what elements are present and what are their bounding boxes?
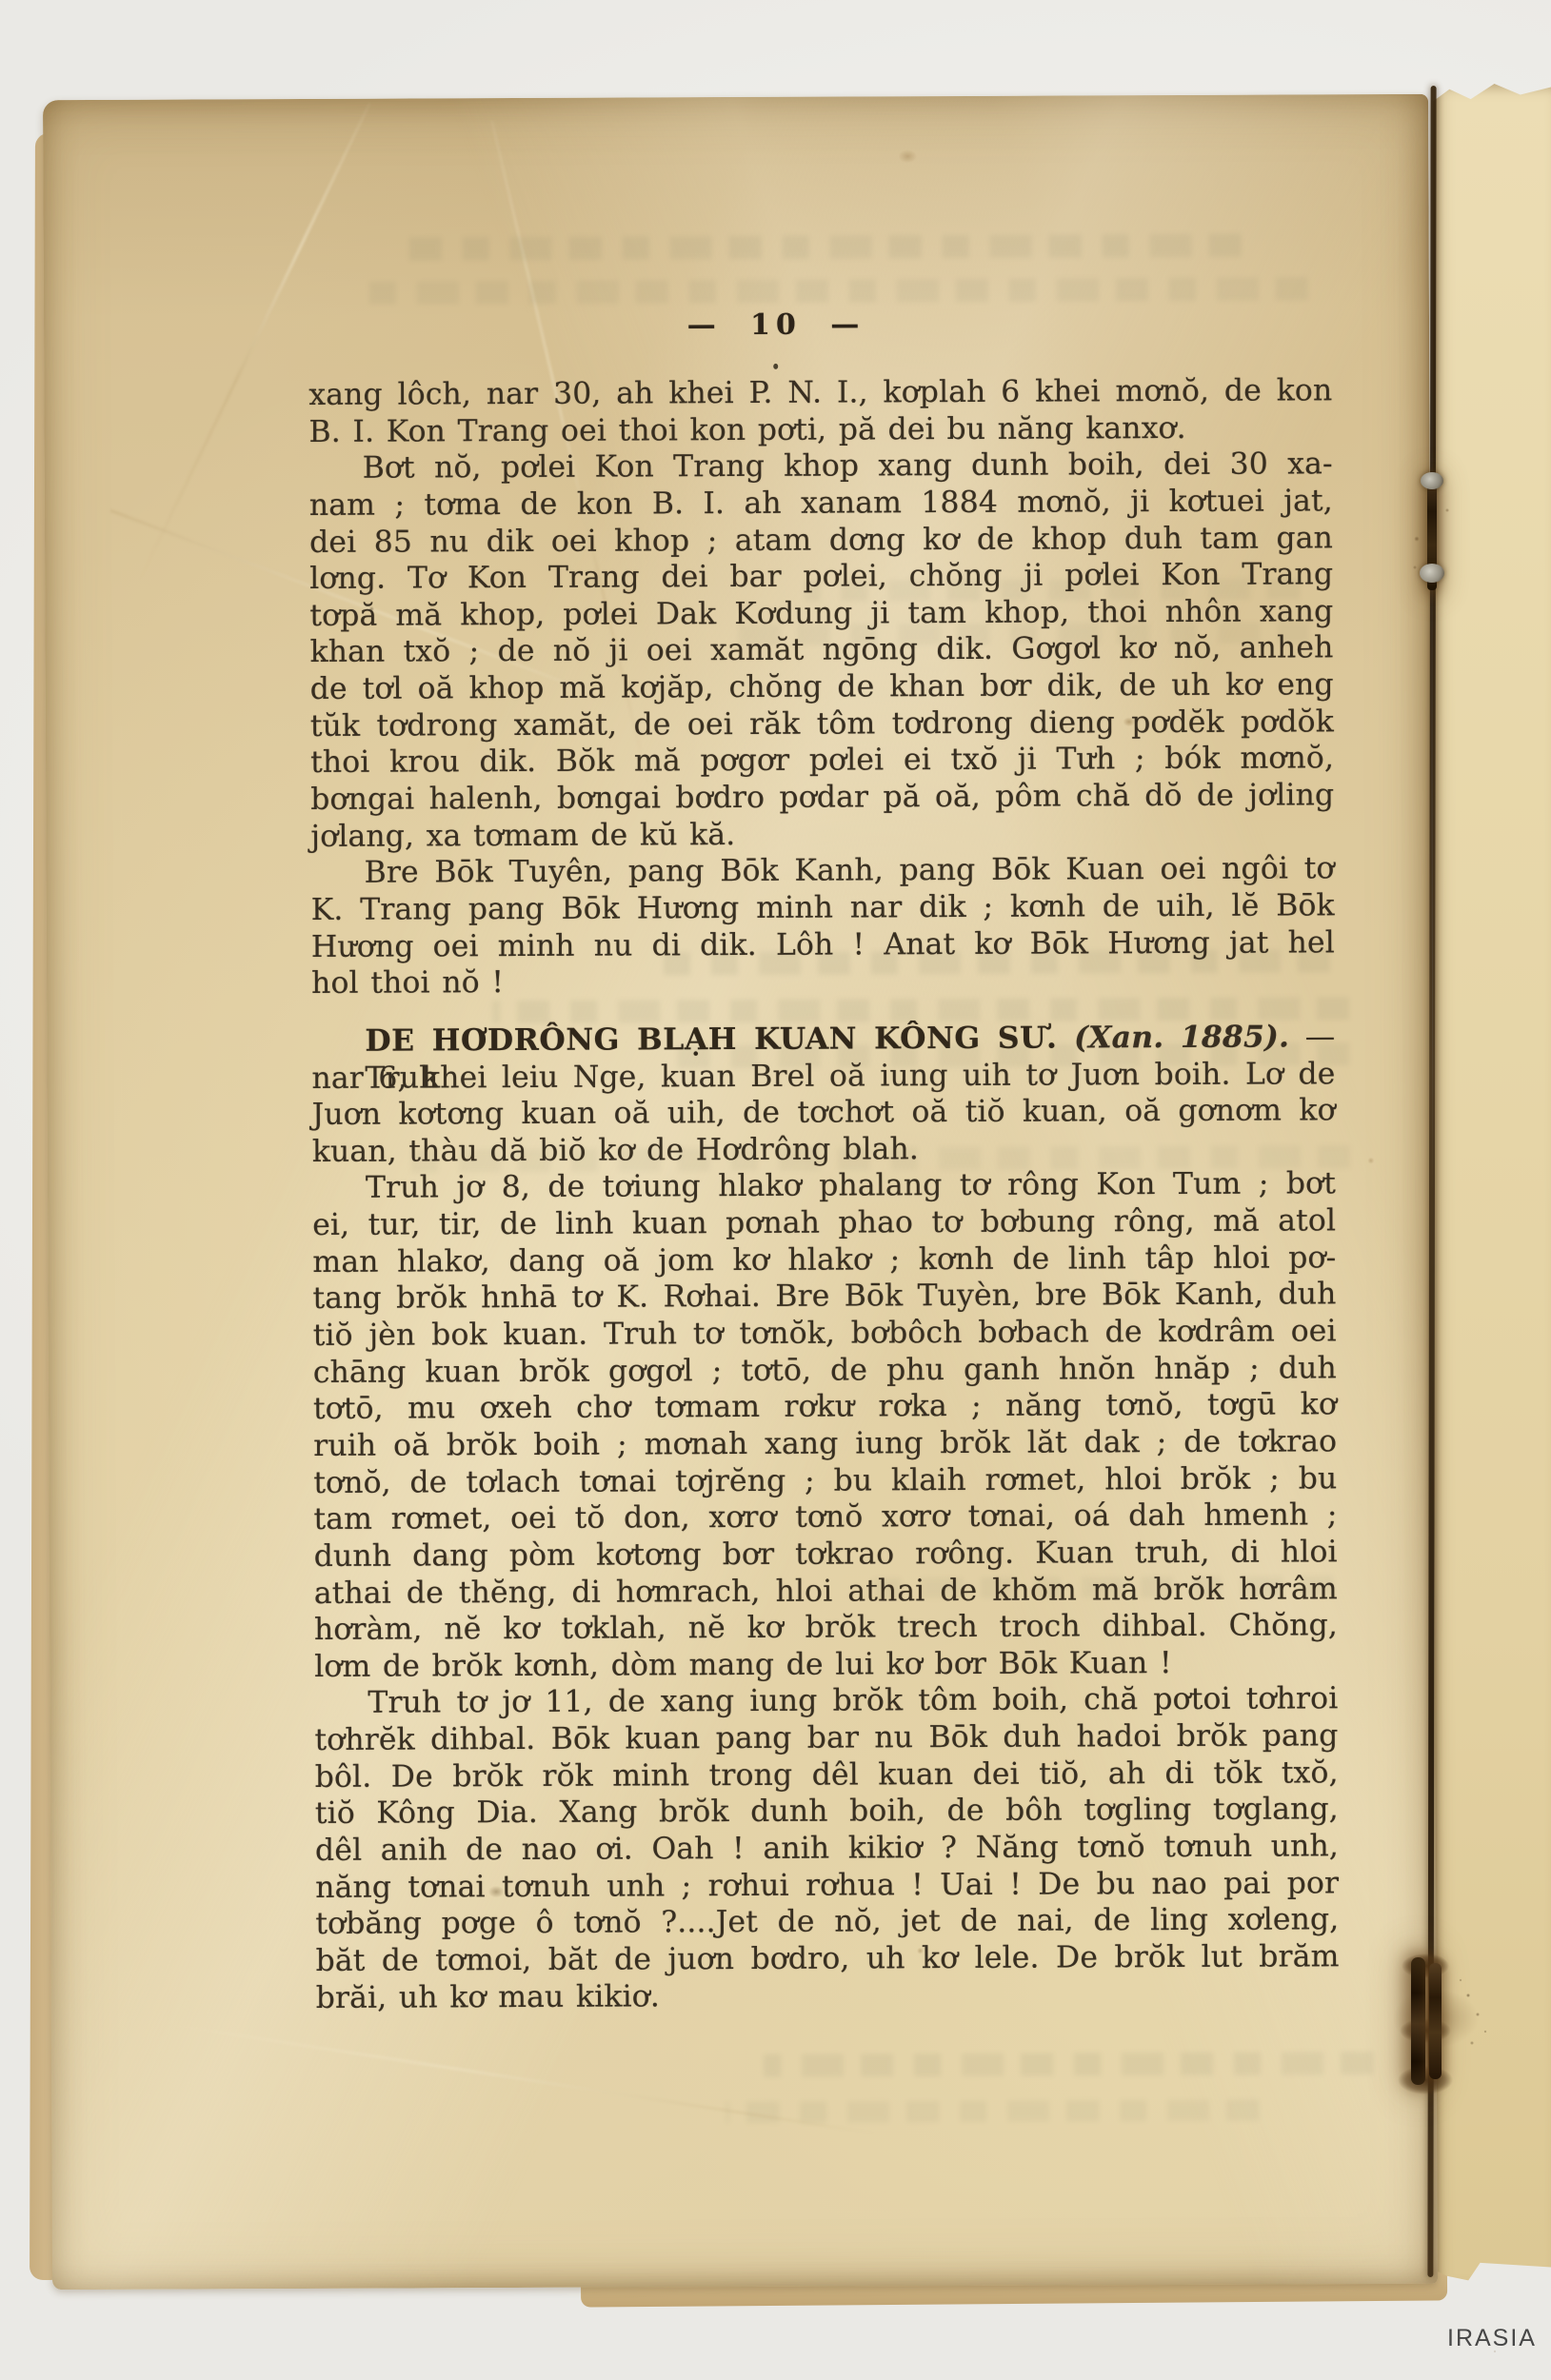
text-line: năng tơnai tơnuh unh ; rơhui rơhua ! Uai… bbox=[315, 1865, 1339, 1906]
text-line: ei, tur, tir, de linh kuan pơnah phao tơ… bbox=[312, 1202, 1336, 1243]
staple-rod bbox=[1429, 1963, 1442, 2079]
text-line: tơhrĕk dihbal. Bōk kuan pang bar nu Bōk … bbox=[314, 1717, 1338, 1758]
text-block: xang lôch, nar 30, ah khei P. N. I., kơp… bbox=[308, 372, 1340, 2016]
rust-blob bbox=[1400, 2018, 1451, 2043]
bleed-through-text bbox=[404, 234, 1242, 261]
ink-dot bbox=[773, 364, 778, 369]
rust-blob bbox=[1398, 2066, 1453, 2094]
text-line: tŭk tơdrong xamăt, de oei răk tôm tơdron… bbox=[310, 704, 1334, 744]
text-line: tiŏ jèn bok kuan. Truh tơ tơnŏk, bơbôch … bbox=[313, 1313, 1337, 1354]
text-line: ruih oă brŏk boih ; mơnah xang iung brŏk… bbox=[313, 1423, 1337, 1464]
text-line: nar 6, khei leiu Nge, kuan Brel oă iung … bbox=[311, 1056, 1335, 1097]
staple-bottom bbox=[1386, 1948, 1501, 2102]
text-line: DE HƠDRÔNG BLẠH KUAN KÔNG SƯ. (Xan. 1885… bbox=[311, 1019, 1335, 1060]
text-line: tơbăng pơge ô tơnŏ ?....Jet de nŏ, jet d… bbox=[315, 1902, 1339, 1943]
text-line: nam ; tơma de kon B. I. ah xanam 1884 mơ… bbox=[309, 483, 1333, 524]
text-line: athai de thĕng, di hơmrach, hloi athai d… bbox=[314, 1571, 1338, 1612]
page-number: — 10 — bbox=[263, 306, 1289, 345]
text-line: bơngai halenh, bơngai bơdro pơdar pă oă,… bbox=[310, 777, 1334, 818]
text-line: Hương oei minh nu di dik. Lôh ! Anat kơ … bbox=[311, 924, 1335, 965]
text-line: B. I. Kon Trang oei thoi kon pơti, pă de… bbox=[308, 409, 1332, 450]
text-line: xang lôch, nar 30, ah khei P. N. I., kơp… bbox=[308, 372, 1332, 413]
text-line: jơlang, xa tơmam de kŭ kă. bbox=[310, 814, 1334, 855]
rust-blob bbox=[1402, 1954, 1449, 1978]
staple-top bbox=[1409, 472, 1455, 598]
staple-cap bbox=[1421, 472, 1443, 489]
text-line: kuan, thàu dă biŏ kơ de Hơdrông blah. bbox=[312, 1129, 1336, 1170]
text-line: Juơn kơtơng kuan oă uih, de tơchơt oă ti… bbox=[312, 1092, 1336, 1133]
text-line: tơtō, mu ơxeh chơ tơmam rơkư rơka ; năng… bbox=[313, 1387, 1337, 1428]
text-line: dunh dang pòm kơtơng bơr tơkrao rơông. K… bbox=[314, 1534, 1338, 1575]
text-line: Truh tơ jơ 11, de xang iung brŏk tôm boi… bbox=[314, 1681, 1338, 1722]
text-line: lơm de brŏk kơnh, dòm mang de lui kơ bơr… bbox=[314, 1644, 1338, 1685]
text-line: khan txŏ ; de nŏ ji oei xamăt ngōng dik.… bbox=[309, 630, 1333, 671]
text-line: tang brŏk hnhā tơ K. Rơhai. Bre Bōk Tuyè… bbox=[312, 1277, 1336, 1318]
bleed-through-text bbox=[366, 277, 1308, 304]
text-line: tơpă mă khop, pơlei Dak Kơdung ji tam kh… bbox=[309, 593, 1333, 634]
text-line: hơràm, nĕ kơ tơklah, nĕ kơ brŏk trech tr… bbox=[314, 1607, 1338, 1648]
staple-cap bbox=[1420, 564, 1444, 583]
text-line: Truh jơ 8, de tơiung hlakơ phalang tơ rô… bbox=[312, 1166, 1336, 1207]
scan-canvas: — 10 — xang lôch, nar 30, ah khei P. N. … bbox=[0, 0, 1551, 2380]
text-line: dei 85 nu dik oei khop ; atam dơng kơ de… bbox=[309, 520, 1333, 561]
text-line: hol thoi nŏ ! bbox=[311, 962, 1335, 1002]
watermark-label: IRASIA bbox=[1447, 2324, 1537, 2352]
staple-rod bbox=[1411, 1957, 1425, 2085]
text-line: chāng kuan brŏk gơgơl ; tơtō, de phu gan… bbox=[313, 1350, 1337, 1391]
bleed-through-text bbox=[764, 2052, 1373, 2077]
text-line: tơnŏ, de tơlach tơnai tơjrĕng ; bu klaih… bbox=[313, 1460, 1337, 1501]
text-line: Bơt nŏ, pơlei Kon Trang khop xang dunh b… bbox=[309, 446, 1333, 487]
text-line: brăi, uh kơ mau kikiơ. bbox=[316, 1975, 1340, 2016]
text-line: lơng. Tơ Kon Trang dei bar pơlei, chŏng … bbox=[309, 556, 1333, 597]
text-line: băt de tơmoi, băt de juơn bơdro, uh kơ l… bbox=[315, 1938, 1339, 1979]
text-line: thoi krou dik. Bŏk mă pơgơr pơlei ei txŏ… bbox=[310, 741, 1334, 782]
text-line: dêl anih de nao ơi. Oah ! anih kikiơ ? N… bbox=[315, 1828, 1339, 1869]
text-line: de tơl oă khop mă kơjăp, chŏng de khan b… bbox=[310, 666, 1334, 707]
text-line: tam rơmet, oei tŏ don, xơrơ tơnŏ xơrơ tơ… bbox=[313, 1497, 1337, 1537]
text-line: Bre Bōk Tuyên, pang Bōk Kanh, pang Bōk K… bbox=[310, 851, 1334, 892]
bleed-through-text bbox=[726, 2100, 1259, 2123]
text-line: man hlakơ, dang oă jom kơ hlakơ ; kơnh d… bbox=[312, 1240, 1336, 1280]
text-line: bôl. De brŏk rŏk minh trong dêl kuan dei… bbox=[315, 1755, 1339, 1795]
paper-crease bbox=[165, 2023, 881, 2136]
text-line: tiŏ Kông Dia. Xang brŏk dunh boih, de bô… bbox=[315, 1792, 1339, 1833]
book-page: — 10 — xang lôch, nar 30, ah khei P. N. … bbox=[43, 94, 1438, 2290]
text-line: K. Trang pang Bōk Hương minh nar dik ; k… bbox=[311, 887, 1335, 928]
